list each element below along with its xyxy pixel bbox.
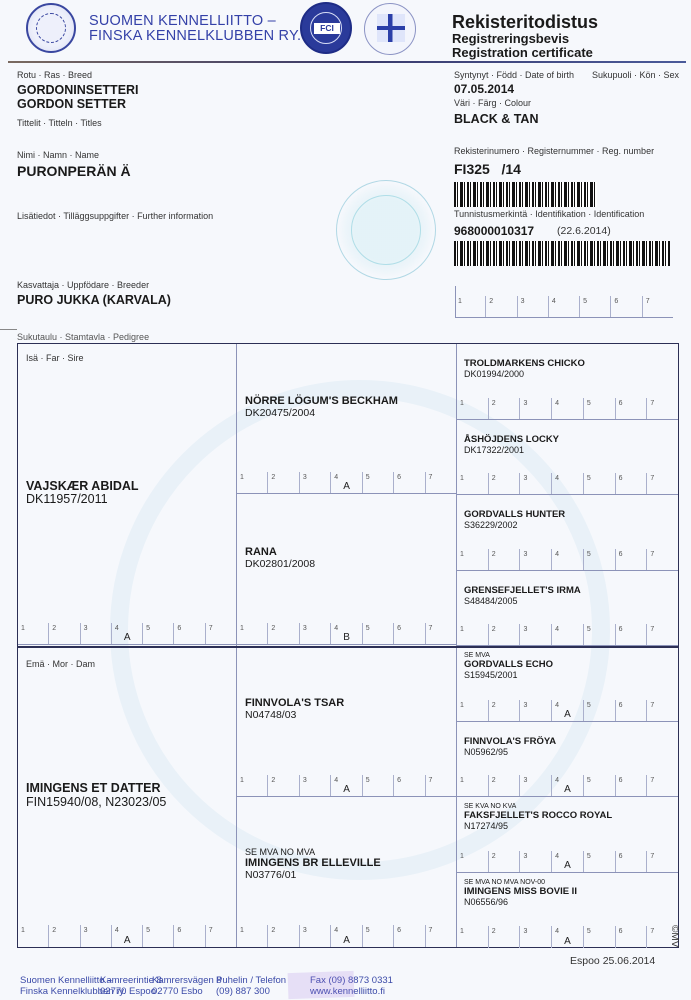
score-ruler-great-grandparent-3: 1234567 <box>457 549 678 571</box>
scale-cell-1: 1 <box>457 473 488 494</box>
scale-cell-4: 4A <box>551 926 583 948</box>
scale-cell-1: 1 <box>237 925 267 947</box>
fci-logo: FCI <box>300 2 352 54</box>
scale-cell-6: 6 <box>615 851 647 872</box>
scale-number: 7 <box>209 625 213 632</box>
grandparent-3: FINNVOLA'S TSAR N04748/03 <box>245 697 344 721</box>
date-of-birth: 07.05.2014 <box>454 82 514 96</box>
scale-cell-3: 3 <box>519 549 551 570</box>
grandparent-reg: N04748/03 <box>245 709 344 721</box>
scale-number: 2 <box>492 928 496 935</box>
score-ruler-great-grandparent-5: 1234A567 <box>457 700 678 722</box>
scale-number: 7 <box>650 400 654 407</box>
scale-cell-7: 7 <box>646 775 678 796</box>
scale-number: 4 <box>334 777 338 784</box>
scale-number: 1 <box>240 927 244 934</box>
scale-number: 1 <box>460 626 464 633</box>
grandparent-titles: SE MVA NO MVA <box>245 847 381 857</box>
scale-number: 5 <box>587 702 591 709</box>
scale-number: 1 <box>460 928 464 935</box>
scale-number: 2 <box>492 777 496 784</box>
scale-number: 6 <box>177 625 181 632</box>
reg-number-label: Rekisterinumero · Registernummer · Reg. … <box>454 146 654 156</box>
scale-cell-5: 5 <box>583 926 615 948</box>
reg-number: FI325 /14 <box>454 161 521 177</box>
grandparent-name: RANA <box>245 546 315 558</box>
scale-number: 5 <box>366 927 370 934</box>
fci-logo-text: FCI <box>314 23 340 34</box>
score-ruler-sire: 1234A567 <box>18 623 236 645</box>
scale-number: 6 <box>619 702 623 709</box>
scale-number: 5 <box>366 777 370 784</box>
footer-address-sv: Kamrersvägen 8 02770 Esbo <box>152 975 222 997</box>
scale-cell-1: 1 <box>457 549 488 570</box>
great-grandparent-2: ÅSHÖJDENS LOCKYDK17322/2001 <box>464 434 559 455</box>
scale-cell-6: 6 <box>615 549 647 570</box>
scale-number: 3 <box>523 853 527 860</box>
scale-cell-4: 4A <box>330 925 361 947</box>
scale-number: 6 <box>619 400 623 407</box>
identification-number: 968000010317 <box>454 224 534 238</box>
scale-cell-3: 3 <box>299 925 330 947</box>
scale-cell-2: 2 <box>267 925 298 947</box>
footer-address-sv-line1: Kamrersvägen 8 <box>152 975 222 986</box>
scale-number: 6 <box>619 551 623 558</box>
dam-name: IMINGENS ET DATTER <box>26 781 161 795</box>
scale-cell-2: 2 <box>488 624 520 645</box>
scale-number: 6 <box>177 927 181 934</box>
scale-number: 5 <box>587 928 591 935</box>
scale-cell-2: 2 <box>48 623 79 644</box>
identification-label: Tunnistusmerkintä · Identifikation · Ide… <box>454 209 644 219</box>
scale-cell-4: 4 <box>548 296 579 317</box>
breeder-label: Kasvattaja · Uppfödare · Breeder <box>17 280 149 290</box>
great-grandparent-reg: DK01994/2000 <box>464 369 585 379</box>
scale-cell-3: 3 <box>519 926 551 948</box>
scale-cell-7: 7 <box>425 472 456 493</box>
scale-cell-4: 4A <box>111 925 142 947</box>
great-grandparent-reg: N05962/95 <box>464 747 556 757</box>
score-ruler-dam: 1234A567 <box>18 925 236 947</box>
scale-cell-2: 2 <box>485 296 516 317</box>
scale-number: 4 <box>555 702 559 709</box>
scale-number: 3 <box>523 400 527 407</box>
scale-cell-6: 6 <box>393 623 424 644</box>
scale-number: 4 <box>555 853 559 860</box>
scale-number: 5 <box>587 475 591 482</box>
scale-cell-3: 3 <box>517 296 548 317</box>
scale-cell-7: 7 <box>646 473 678 494</box>
scale-cell-1: 1 <box>457 700 488 721</box>
scale-number: 5 <box>587 551 591 558</box>
further-info-label: Lisätiedot · Tilläggsuppgifter · Further… <box>17 211 213 221</box>
sire-dam-divider <box>17 646 679 648</box>
scale-cell-4: 4B <box>330 623 361 644</box>
great-grandparent-name: FINNVOLA'S FRÖYA <box>464 736 556 747</box>
scale-number: 1 <box>460 702 464 709</box>
scale-number: 2 <box>271 474 275 481</box>
scale-cell-5: 5 <box>583 775 615 796</box>
score-mark: B <box>343 632 350 643</box>
scale-number: 7 <box>650 702 654 709</box>
scale-cell-1: 1 <box>18 925 48 947</box>
great-grandparent-reg: DK17322/2001 <box>464 445 559 455</box>
scale-cell-5: 5 <box>362 623 393 644</box>
certificate-title-sv: Registreringsbevis <box>452 31 569 46</box>
scale-cell-1: 1 <box>237 623 267 644</box>
scale-cell-4: 4 <box>551 473 583 494</box>
scale-number: 3 <box>523 626 527 633</box>
grandparent-name: FINNVOLA'S TSAR <box>245 697 344 709</box>
score-mark: A <box>124 935 131 946</box>
scale-cell-5: 5 <box>583 473 615 494</box>
scale-cell-4: 4 <box>551 549 583 570</box>
score-ruler-grandparent-3: 1234A567 <box>237 775 456 797</box>
scale-cell-4: 4A <box>111 623 142 644</box>
scale-number: 6 <box>619 928 623 935</box>
org-name-line1: SUOMEN KENNELLIITTO – <box>89 14 276 29</box>
grandparent-name: IMINGENS BR ELLEVILLE <box>245 857 381 869</box>
scale-number: 6 <box>397 474 401 481</box>
scale-cell-6: 6 <box>393 775 424 796</box>
great-grandparent-reg: S48484/2005 <box>464 596 581 606</box>
score-ruler-great-grandparent-4: 1234567 <box>457 624 678 646</box>
scale-number: 3 <box>521 298 525 305</box>
scale-cell-7: 7 <box>646 851 678 872</box>
scale-cell-6: 6 <box>615 624 647 645</box>
dam-label: Emä · Mor · Dam <box>26 659 95 669</box>
score-ruler-great-grandparent-7: 1234A567 <box>457 851 678 873</box>
scale-cell-6: 6 <box>610 296 641 317</box>
grandparent-1: NÖRRE LÖGUM'S BECKHAM DK20475/2004 <box>245 395 398 419</box>
score-mark: A <box>343 784 350 795</box>
scale-cell-7: 7 <box>646 549 678 570</box>
grandparent-2: RANA DK02801/2008 <box>245 546 315 570</box>
scale-number: 1 <box>240 777 244 784</box>
scale-cell-3: 3 <box>519 775 551 796</box>
org-name-line2: FINSKA KENNELKLUBBEN RY. <box>89 29 301 44</box>
scale-number: 1 <box>460 853 464 860</box>
scale-cell-4: 4A <box>551 775 583 796</box>
scale-cell-1: 1 <box>457 624 488 645</box>
scale-number: 5 <box>587 400 591 407</box>
scale-cell-6: 6 <box>393 472 424 493</box>
great-grandparent-4: GRENSEFJELLET'S IRMAS48484/2005 <box>464 585 581 606</box>
scale-cell-6: 6 <box>615 473 647 494</box>
great-grandparent-reg: S36229/2002 <box>464 520 565 530</box>
scale-number: 5 <box>366 474 370 481</box>
scale-cell-6: 6 <box>173 925 204 947</box>
scale-number: 1 <box>458 298 462 305</box>
score-ruler-great-grandparent-1: 1234567 <box>457 398 678 420</box>
scale-number: 3 <box>523 475 527 482</box>
great-grandparent-name: TROLDMARKENS CHICKO <box>464 358 585 369</box>
scale-number: 7 <box>650 626 654 633</box>
scale-cell-3: 3 <box>519 700 551 721</box>
scale-number: 5 <box>587 626 591 633</box>
scale-cell-7: 7 <box>646 624 678 645</box>
scale-cell-7: 7 <box>205 925 236 947</box>
scale-cell-2: 2 <box>267 775 298 796</box>
scale-cell-2: 2 <box>267 472 298 493</box>
scale-cell-2: 2 <box>488 851 520 872</box>
sire-reg: DK11957/2011 <box>26 492 108 506</box>
scale-cell-7: 7 <box>425 775 456 796</box>
scale-cell-4: 4 <box>551 624 583 645</box>
great-grandparent-name: GORDVALLS ECHO <box>464 659 553 670</box>
score-mark: A <box>343 481 350 492</box>
great-grandparent-titles: SE MVA NO MVA NOV-00 <box>464 879 577 886</box>
scale-number: 2 <box>52 927 56 934</box>
scale-number: 2 <box>492 702 496 709</box>
colour-label: Väri · Färg · Colour <box>454 98 531 108</box>
scale-cell-5: 5 <box>142 925 173 947</box>
side-mark: ©MV <box>669 925 680 947</box>
name-label: Nimi · Namn · Name <box>17 150 99 160</box>
scale-number: 5 <box>587 777 591 784</box>
colour-value: BLACK & TAN <box>454 112 538 126</box>
scale-cell-5: 5 <box>583 398 615 419</box>
scale-number: 4 <box>334 474 338 481</box>
great-grandparent-6: FINNVOLA'S FRÖYAN05962/95 <box>464 736 556 757</box>
scale-number: 4 <box>552 298 556 305</box>
scale-cell-3: 3 <box>299 775 330 796</box>
great-grandparent-name: FAKSFJELLET'S ROCCO ROYAL <box>464 810 612 821</box>
scale-cell-5: 5 <box>142 623 173 644</box>
scale-cell-2: 2 <box>488 398 520 419</box>
reg-number-barcode <box>454 182 597 207</box>
scale-cell-7: 7 <box>642 296 673 317</box>
scale-number: 3 <box>523 702 527 709</box>
scale-cell-1: 1 <box>457 775 488 796</box>
great-grandparent-name: IMINGENS MISS BOVIE II <box>464 886 577 897</box>
scale-number: 7 <box>429 474 433 481</box>
scale-cell-4: 4 <box>551 398 583 419</box>
scale-number: 3 <box>84 927 88 934</box>
scale-number: 7 <box>650 475 654 482</box>
scale-number: 7 <box>429 927 433 934</box>
scale-number: 2 <box>492 853 496 860</box>
sex-label: Sukupuoli · Kön · Sex <box>592 70 679 80</box>
scale-number: 5 <box>366 625 370 632</box>
great-grandparent-titles: SE KVA NO KVA <box>464 803 612 810</box>
certificate-title: Rekisteritodistus <box>452 12 598 33</box>
dog-name: PURONPERÄN Ä <box>17 163 131 179</box>
sire-name: VAJSKÆR ABIDAL <box>26 479 139 493</box>
scale-cell-4: 4A <box>551 700 583 721</box>
certificate-title-en: Registration certificate <box>452 45 593 60</box>
scale-number: 2 <box>271 625 275 632</box>
scale-cell-3: 3 <box>519 624 551 645</box>
scale-cell-5: 5 <box>362 775 393 796</box>
great-grandparent-reg: S15945/2001 <box>464 670 553 680</box>
scale-number: 1 <box>460 475 464 482</box>
scale-cell-1: 1 <box>457 851 488 872</box>
score-ruler-great-grandparent-8: 1234A567 <box>457 926 678 948</box>
breed-fi: GORDONINSETTERI <box>17 83 139 97</box>
scale-number: 6 <box>619 853 623 860</box>
scale-cell-6: 6 <box>615 700 647 721</box>
scale-cell-4: 4A <box>330 472 361 493</box>
scale-number: 4 <box>555 475 559 482</box>
grandparent-reg: N03776/01 <box>245 869 381 881</box>
footer-phone: Puhelin / Telefon (09) 887 300 <box>216 975 286 997</box>
scale-number: 4 <box>555 626 559 633</box>
score-mark: A <box>564 860 571 871</box>
scale-cell-2: 2 <box>488 926 520 948</box>
scale-cell-5: 5 <box>362 472 393 493</box>
scale-number: 7 <box>429 625 433 632</box>
score-mark: A <box>343 935 350 946</box>
scale-number: 4 <box>115 625 119 632</box>
scale-number: 2 <box>492 626 496 633</box>
scale-cell-1: 1 <box>457 398 488 419</box>
scale-number: 3 <box>84 625 88 632</box>
scale-number: 5 <box>146 927 150 934</box>
scale-number: 7 <box>650 551 654 558</box>
scale-cell-1: 1 <box>455 296 485 317</box>
scale-number: 3 <box>523 928 527 935</box>
scale-number: 7 <box>429 777 433 784</box>
breeder-name: PURO JUKKA (KARVALA) <box>17 293 171 307</box>
great-grandparent-reg: N06556/96 <box>464 897 577 907</box>
score-mark: A <box>124 632 131 643</box>
scale-cell-5: 5 <box>583 700 615 721</box>
footer-phone-number: (09) 887 300 <box>216 986 286 997</box>
scale-number: 2 <box>492 551 496 558</box>
scale-number: 7 <box>650 853 654 860</box>
scale-number: 4 <box>555 928 559 935</box>
scale-number: 6 <box>397 625 401 632</box>
scale-number: 7 <box>209 927 213 934</box>
scale-cell-2: 2 <box>488 775 520 796</box>
scale-number: 5 <box>583 298 587 305</box>
scale-cell-1: 1 <box>237 775 267 796</box>
scale-number: 1 <box>21 625 25 632</box>
scale-cell-7: 7 <box>205 623 236 644</box>
scale-number: 2 <box>271 927 275 934</box>
great-grandparent-5: SE MVAGORDVALLS ECHOS15945/2001 <box>464 652 553 680</box>
scale-cell-1: 1 <box>18 623 48 644</box>
scale-number: 6 <box>397 777 401 784</box>
scale-number: 1 <box>240 625 244 632</box>
scale-number: 3 <box>303 625 307 632</box>
score-mark: A <box>564 784 571 795</box>
scale-cell-6: 6 <box>615 775 647 796</box>
scale-cell-5: 5 <box>583 851 615 872</box>
scale-cell-5: 5 <box>583 624 615 645</box>
scale-cell-3: 3 <box>519 473 551 494</box>
scale-number: 4 <box>555 551 559 558</box>
scale-cell-7: 7 <box>646 398 678 419</box>
grandparent-name: NÖRRE LÖGUM'S BECKHAM <box>245 395 398 407</box>
scale-cell-5: 5 <box>579 296 610 317</box>
ruler-edge <box>455 286 456 318</box>
pedigree-rule <box>0 329 17 330</box>
great-grandparent-8: SE MVA NO MVA NOV-00IMINGENS MISS BOVIE … <box>464 879 577 907</box>
score-ruler-great-grandparent-6: 1234A567 <box>457 775 678 797</box>
pedigree-label: Sukutaulu · Stamtavla · Pedigree <box>17 332 149 342</box>
grandparent-4: SE MVA NO MVA IMINGENS BR ELLEVILLE N037… <box>245 847 381 881</box>
great-grandparent-3: GORDVALLS HUNTERS36229/2002 <box>464 509 565 530</box>
scale-cell-3: 3 <box>80 623 111 644</box>
sire-label: Isä · Far · Sire <box>26 353 84 363</box>
score-ruler-main: 1234567 <box>455 296 673 318</box>
scale-cell-5: 5 <box>583 549 615 570</box>
scale-number: 2 <box>271 777 275 784</box>
scale-number: 1 <box>21 927 25 934</box>
scale-cell-7: 7 <box>425 925 456 947</box>
great-grandparent-reg: N17274/95 <box>464 821 612 831</box>
scale-cell-2: 2 <box>267 623 298 644</box>
scale-cell-3: 3 <box>80 925 111 947</box>
scale-number: 4 <box>555 777 559 784</box>
place-date: Espoo 25.06.2014 <box>570 955 655 967</box>
scale-number: 4 <box>334 625 338 632</box>
header-divider <box>8 61 686 63</box>
great-grandparent-name: GORDVALLS HUNTER <box>464 509 565 520</box>
scale-number: 2 <box>52 625 56 632</box>
scale-number: 3 <box>523 551 527 558</box>
scale-number: 6 <box>397 927 401 934</box>
nordic-kennel-union-logo <box>364 3 416 55</box>
score-ruler-grandparent-2: 1234B567 <box>237 623 456 645</box>
scale-cell-3: 3 <box>299 472 330 493</box>
scale-number: 2 <box>489 298 493 305</box>
footer-address-sv-line2: 02770 Esbo <box>152 986 222 997</box>
kennel-club-logo <box>26 3 76 53</box>
identification-date: (22.6.2014) <box>557 225 611 237</box>
scale-number: 7 <box>650 777 654 784</box>
scale-number: 7 <box>650 928 654 935</box>
scale-cell-7: 7 <box>425 623 456 644</box>
dob-label: Syntynyt · Född · Date of birth <box>454 70 574 80</box>
breed-en: GORDON SETTER <box>17 97 126 111</box>
scale-cell-2: 2 <box>48 925 79 947</box>
dam-reg: FIN15940/08, N23023/05 <box>26 795 166 809</box>
grandparent-reg: DK20475/2004 <box>245 407 398 419</box>
breed-label: Rotu · Ras · Breed <box>17 70 92 80</box>
scale-cell-2: 2 <box>488 700 520 721</box>
scale-cell-2: 2 <box>488 473 520 494</box>
scale-cell-3: 3 <box>299 623 330 644</box>
score-mark: A <box>564 936 571 947</box>
titles-label: Tittelit · Titteln · Titles <box>17 118 102 128</box>
scale-number: 3 <box>303 474 307 481</box>
scale-cell-3: 3 <box>519 398 551 419</box>
scale-number: 1 <box>460 400 464 407</box>
scale-number: 6 <box>619 777 623 784</box>
scale-cell-1: 1 <box>237 472 267 493</box>
scale-number: 5 <box>146 625 150 632</box>
scale-number: 3 <box>303 927 307 934</box>
great-grandparent-titles: SE MVA <box>464 652 553 659</box>
score-ruler-grandparent-1: 1234A567 <box>237 472 456 494</box>
scale-number: 1 <box>240 474 244 481</box>
scale-number: 6 <box>614 298 618 305</box>
scale-cell-1: 1 <box>457 926 488 948</box>
scale-cell-3: 3 <box>519 851 551 872</box>
scale-number: 4 <box>555 400 559 407</box>
scale-cell-4: 4A <box>551 851 583 872</box>
great-grandparent-7: SE KVA NO KVAFAKSFJELLET'S ROCCO ROYALN1… <box>464 803 612 831</box>
grandparent-reg: DK02801/2008 <box>245 558 315 570</box>
scale-cell-5: 5 <box>362 925 393 947</box>
scale-number: 6 <box>619 626 623 633</box>
score-ruler-great-grandparent-2: 1234567 <box>457 473 678 495</box>
scale-number: 5 <box>587 853 591 860</box>
scale-cell-7: 7 <box>646 700 678 721</box>
